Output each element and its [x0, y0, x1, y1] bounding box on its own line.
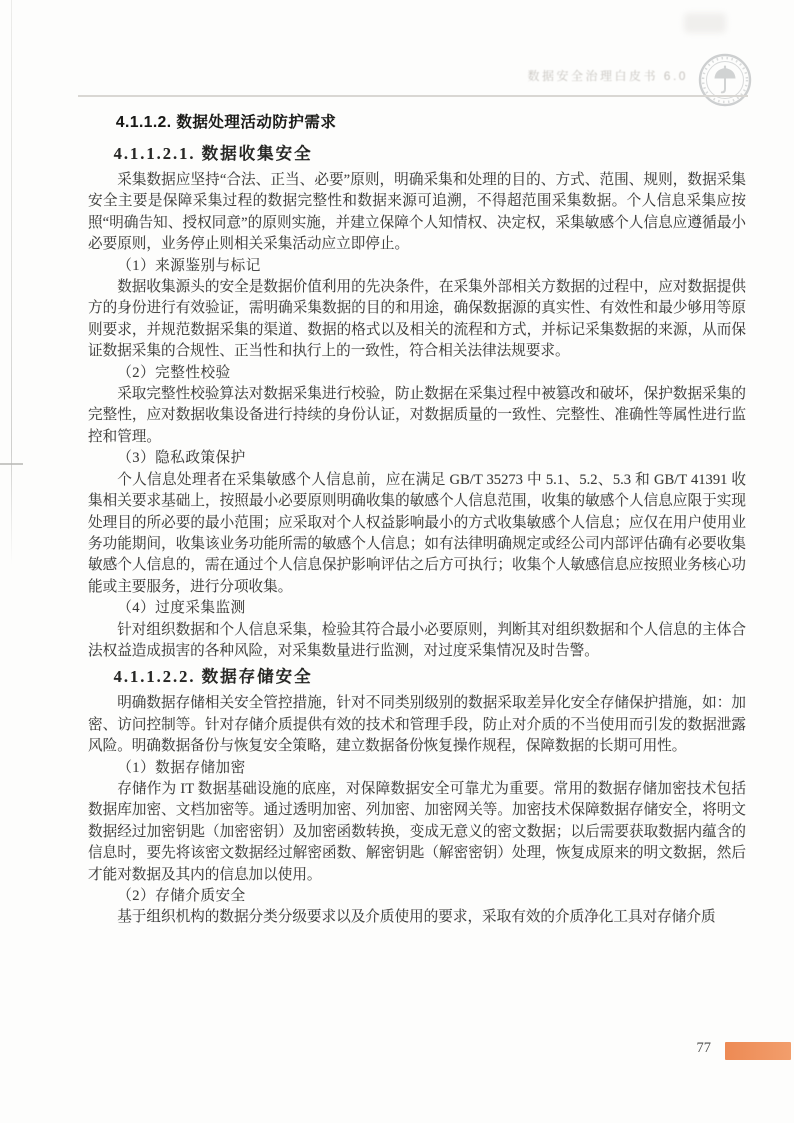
paragraph: 数据收集源头的安全是数据价值利用的先决条件，在采集外部相关方数据的过程中，应对数…	[88, 277, 746, 363]
umbrella-handle	[722, 78, 725, 92]
header-divider	[78, 95, 748, 97]
list-item-heading: （1）数据存储加密	[88, 758, 746, 779]
paragraph: 个人信息处理者在采集敏感个人信息前，应在满足 GB/T 35273 中 5.1、…	[88, 470, 746, 598]
umbrella-stamp-logo	[698, 53, 752, 107]
paragraph: 存储作为 IT 数据基础设施的底座，对保障数据安全可靠尤为重要。常用的数据存储加…	[88, 779, 746, 886]
list-item-heading: （4）过度采集监测	[88, 598, 746, 619]
subsection-heading: 4.1.1.2.2. 数据存储安全	[88, 664, 746, 689]
section-heading: 4.1.1.2. 数据处理活动防护需求	[88, 112, 746, 134]
list-item-heading: （2）完整性校验	[88, 363, 746, 384]
document-page: 数据安全治理白皮书 6.0 4.1.1.2. 数据处理活动防护需求4.1.1.2…	[0, 0, 794, 1123]
list-item-heading: （1）来源鉴别与标记	[88, 256, 746, 277]
paragraph: 采取完整性校验算法对数据采集进行校验，防止数据在采集过程中被篡改和破坏，保护数据…	[88, 384, 746, 448]
paragraph: 针对组织数据和个人信息采集，检验其符合最小必要原则，判断其对组织数据和个人信息的…	[88, 620, 746, 663]
scan-edge-line	[11, 0, 12, 565]
scan-registration-mark	[0, 463, 23, 465]
paragraph: 采集数据应坚持“合法、正当、必要”原则，明确采集和处理的目的、方式、范围、规则，…	[88, 170, 746, 256]
page-number: 77	[697, 1040, 712, 1057]
header-title: 数据安全治理白皮书 6.0	[527, 67, 688, 84]
subsection-heading: 4.1.1.2.1. 数据收集安全	[88, 141, 746, 166]
footer-accent-bar	[725, 1042, 791, 1060]
list-item-heading: （2）存储介质安全	[88, 886, 746, 907]
umbrella-icon	[715, 68, 736, 79]
paragraph: 明确数据存储相关安全管控措施，针对不同类别级别的数据采取差异化安全存储保护措施，…	[88, 693, 746, 757]
paragraph: 基于组织机构的数据分类分级要求以及介质使用的要求，采取有效的介质净化工具对存储介…	[88, 907, 746, 928]
scan-smudge	[684, 13, 726, 33]
list-item-heading: （3）隐私政策保护	[88, 448, 746, 469]
document-body: 4.1.1.2. 数据处理活动防护需求4.1.1.2.1. 数据收集安全采集数据…	[88, 106, 746, 929]
